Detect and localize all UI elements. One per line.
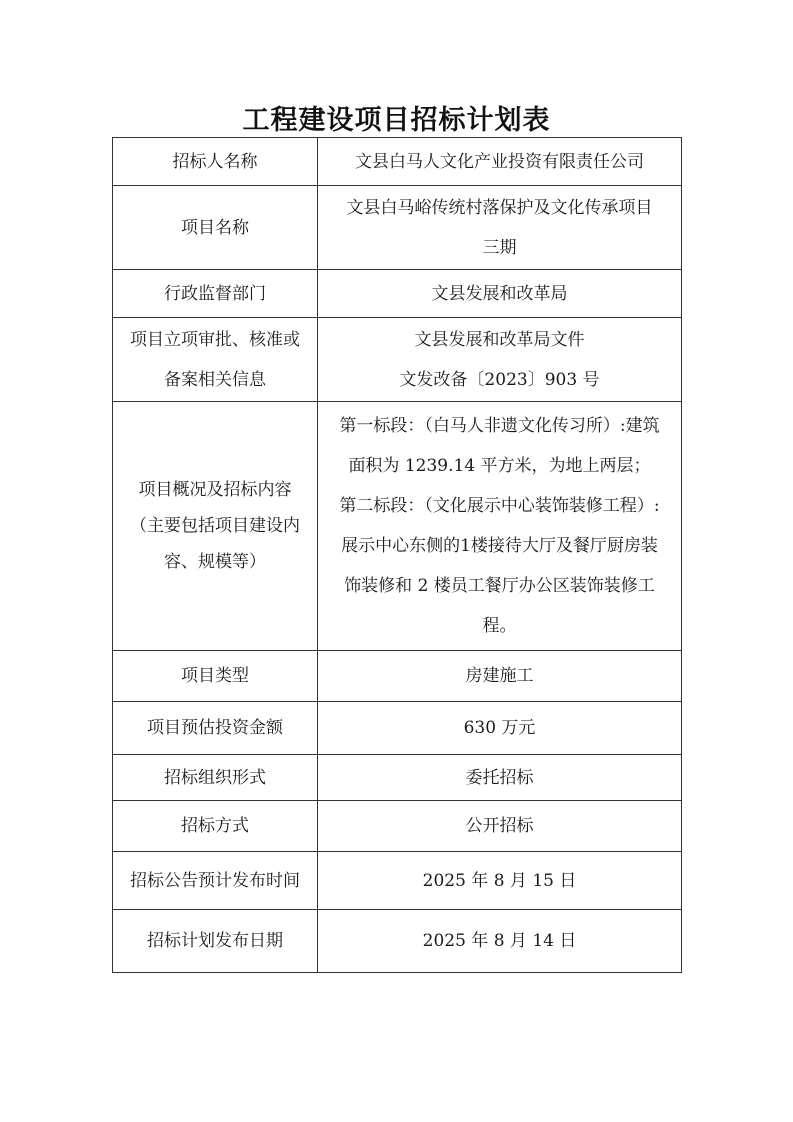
table-row: 招标计划发布日期 2025 年 8 月 14 日 <box>113 910 682 973</box>
row-value: 630 万元 <box>318 702 682 755</box>
value-line: 文县白马人文化产业投资有限责任公司 <box>324 145 675 179</box>
table-row: 招标方式 公开招标 <box>113 801 682 852</box>
label-line: 容、规模等） <box>119 544 311 580</box>
row-label: 项目名称 <box>113 186 318 270</box>
row-label: 招标组织形式 <box>113 755 318 801</box>
value-line: 文发改备〔2023〕903 号 <box>324 360 675 400</box>
value-line: 文县发展和改革局 <box>324 277 675 311</box>
value-line: 2025 年 8 月 15 日 <box>324 864 675 898</box>
row-value: 文县白马人文化产业投资有限责任公司 <box>318 138 682 186</box>
label-line: 项目名称 <box>119 211 311 245</box>
value-line: 三期 <box>324 228 675 268</box>
row-label: 项目预估投资金额 <box>113 702 318 755</box>
label-line: （主要包括项目建设内 <box>119 508 311 544</box>
label-line: 备案相关信息 <box>119 360 311 400</box>
label-line: 项目类型 <box>119 659 311 693</box>
row-value: 2025 年 8 月 15 日 <box>318 852 682 910</box>
label-line: 招标方式 <box>119 809 311 843</box>
value-line: 程。 <box>324 606 675 646</box>
value-line: 展示中心东侧的1楼接待大厅及餐厅厨房装 <box>324 526 675 566</box>
table-row: 招标公告预计发布时间 2025 年 8 月 15 日 <box>113 852 682 910</box>
row-label: 项目类型 <box>113 651 318 702</box>
label-line: 招标公告预计发布时间 <box>119 864 311 898</box>
table-row: 招标人名称 文县白马人文化产业投资有限责任公司 <box>113 138 682 186</box>
value-line: 房建施工 <box>324 659 675 693</box>
label-line: 行政监督部门 <box>119 277 311 311</box>
row-value: 房建施工 <box>318 651 682 702</box>
value-line: 公开招标 <box>324 809 675 843</box>
row-label: 项目概况及招标内容 （主要包括项目建设内 容、规模等） <box>113 402 318 651</box>
table-row: 项目预估投资金额 630 万元 <box>113 702 682 755</box>
row-value: 文县发展和改革局文件 文发改备〔2023〕903 号 <box>318 318 682 402</box>
row-label: 招标人名称 <box>113 138 318 186</box>
value-line: 第一标段：（白马人非遗文化传习所）:建筑 <box>324 406 675 446</box>
value-line: 第二标段：（文化展示中心装饰装修工程）: <box>324 486 675 526</box>
value-line: 文县白马峪传统村落保护及文化传承项目 <box>324 188 675 228</box>
table-row: 项目类型 房建施工 <box>113 651 682 702</box>
row-label: 招标计划发布日期 <box>113 910 318 973</box>
value-line: 文县发展和改革局文件 <box>324 320 675 360</box>
table-row: 项目立项审批、核准或 备案相关信息 文县发展和改革局文件 文发改备〔2023〕9… <box>113 318 682 402</box>
table-row: 行政监督部门 文县发展和改革局 <box>113 270 682 318</box>
value-line: 面积为 1239.14 平方米，为地上两层； <box>324 446 675 486</box>
row-value: 公开招标 <box>318 801 682 852</box>
label-line: 招标人名称 <box>119 145 311 179</box>
value-line: 委托招标 <box>324 761 675 795</box>
row-value: 文县白马峪传统村落保护及文化传承项目 三期 <box>318 186 682 270</box>
table-row: 项目概况及招标内容 （主要包括项目建设内 容、规模等） 第一标段：（白马人非遗文… <box>113 402 682 651</box>
row-label: 项目立项审批、核准或 备案相关信息 <box>113 318 318 402</box>
value-line: 2025 年 8 月 14 日 <box>324 924 675 958</box>
label-line: 项目概况及招标内容 <box>119 472 311 508</box>
table-row: 招标组织形式 委托招标 <box>113 755 682 801</box>
label-line: 项目预估投资金额 <box>119 711 311 745</box>
row-value: 委托招标 <box>318 755 682 801</box>
row-label: 招标公告预计发布时间 <box>113 852 318 910</box>
tender-plan-table: 招标人名称 文县白马人文化产业投资有限责任公司 项目名称 文县白马峪传统村落保护… <box>112 137 682 973</box>
table-row: 项目名称 文县白马峪传统村落保护及文化传承项目 三期 <box>113 186 682 270</box>
label-line: 项目立项审批、核准或 <box>119 320 311 360</box>
value-line: 630 万元 <box>324 711 675 745</box>
value-line: 饰装修和 2 楼员工餐厅办公区装饰装修工 <box>324 566 675 606</box>
row-label: 招标方式 <box>113 801 318 852</box>
label-line: 招标组织形式 <box>119 761 311 795</box>
document-title: 工程建设项目招标计划表 <box>0 98 793 137</box>
row-value: 第一标段：（白马人非遗文化传习所）:建筑 面积为 1239.14 平方米，为地上… <box>318 402 682 651</box>
row-label: 行政监督部门 <box>113 270 318 318</box>
label-line: 招标计划发布日期 <box>119 924 311 958</box>
row-value: 文县发展和改革局 <box>318 270 682 318</box>
row-value: 2025 年 8 月 14 日 <box>318 910 682 973</box>
